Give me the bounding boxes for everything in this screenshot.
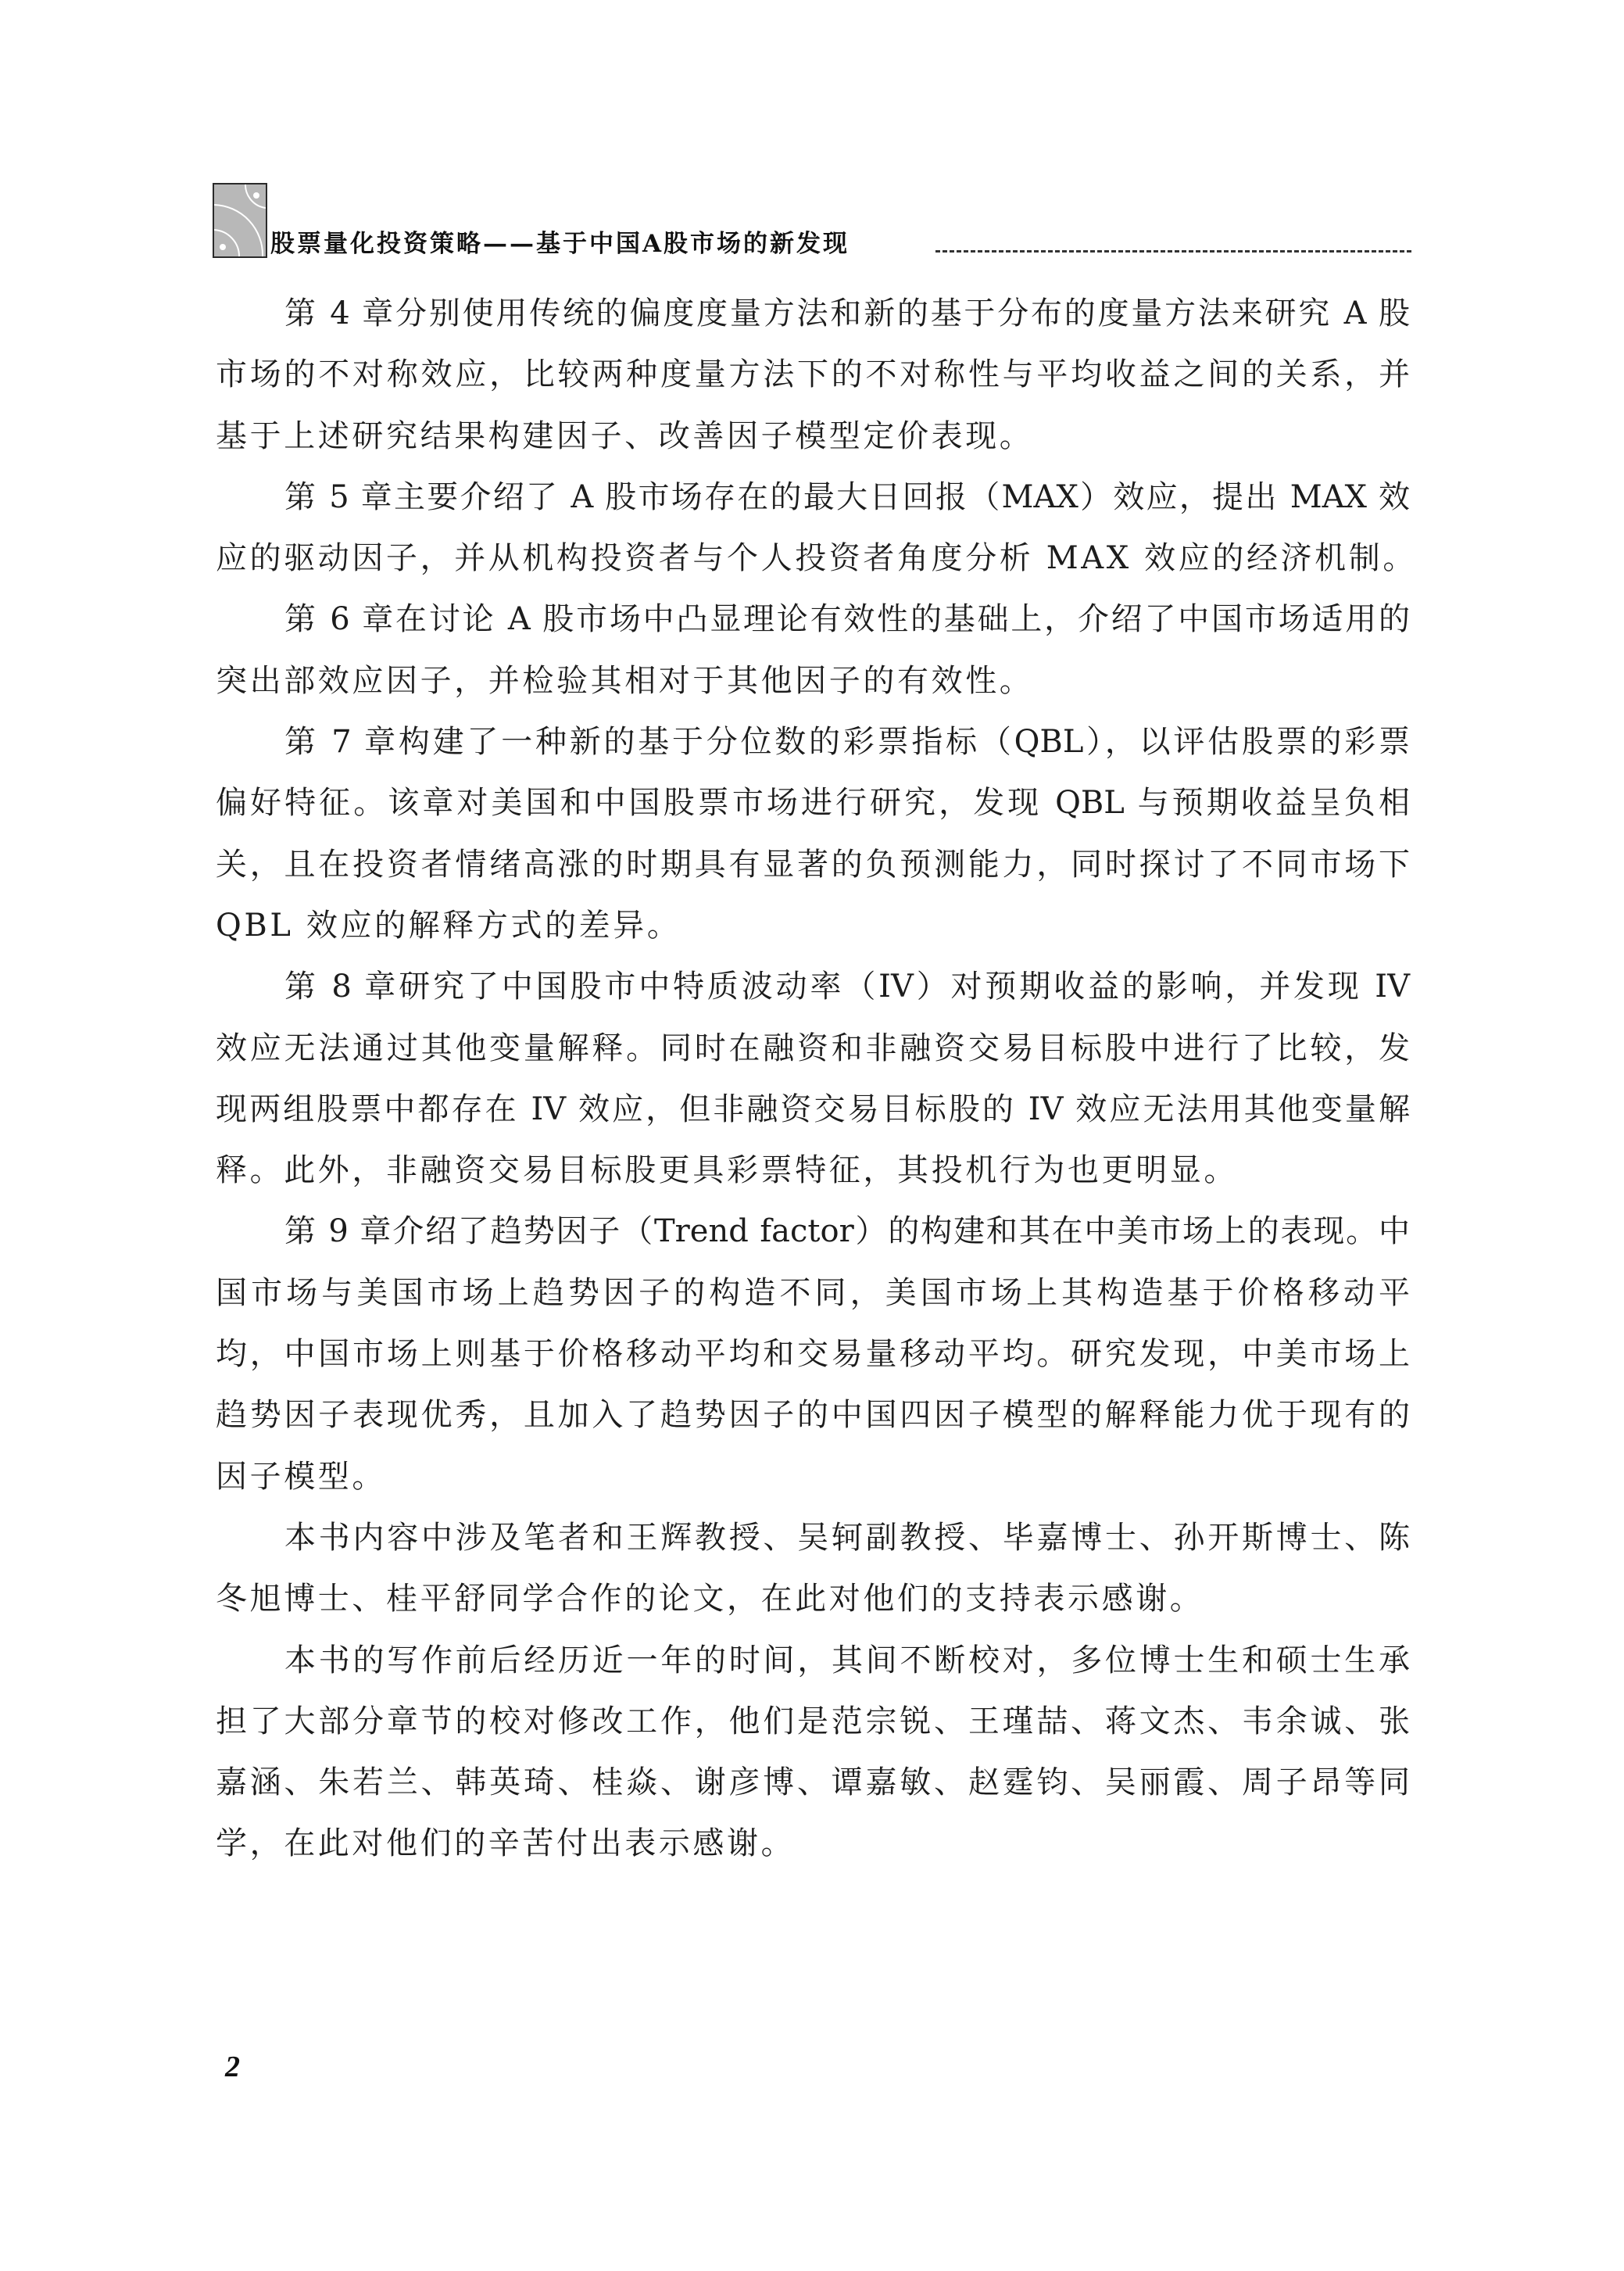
paragraph-ch8: 第 8 章研究了中国股市中特质波动率（IV）对预期收益的影响，并发现 IV 效应…: [216, 964, 1410, 1209]
header-dotted-rule: [935, 250, 1411, 253]
text-line: 均，中国市场上则基于价格移动平均和交易量移动平均。研究发现，中美市场上: [216, 1331, 1410, 1392]
text-line: 第 4 章分别使用传统的偏度度量方法和新的基于分布的度量方法来研究 A 股: [216, 291, 1410, 352]
text-line: 第 5 章主要介绍了 A 股市场存在的最大日回报（MAX）效应，提出 MAX 效: [216, 475, 1410, 536]
text-line: 释。此外，非融资交易目标股更具彩票特征，其投机行为也更明显。: [216, 1148, 1410, 1209]
text-line: 偏好特征。该章对美国和中国股票市场进行研究，发现 QBL 与预期收益呈负相: [216, 780, 1410, 841]
paragraph-ch4: 第 4 章分别使用传统的偏度度量方法和新的基于分布的度量方法来研究 A 股 市场…: [216, 291, 1410, 475]
text-line: 国市场与美国市场上趋势因子的构造不同，美国市场上其构造基于价格移动平: [216, 1270, 1410, 1331]
text-line: 关，且在投资者情绪高涨的时期具有显著的负预测能力，同时探讨了不同市场下: [216, 842, 1410, 903]
text-line: 趋势因子表现优秀，且加入了趋势因子的中国四因子模型的解释能力优于现有的: [216, 1392, 1410, 1453]
text-line: 第 9 章介绍了趋势因子（Trend factor）的构建和其在中美市场上的表现…: [216, 1209, 1410, 1270]
text-line: 第 8 章研究了中国股市中特质波动率（IV）对预期收益的影响，并发现 IV: [216, 964, 1410, 1025]
text-line: QBL 效应的解释方式的差异。: [216, 903, 1410, 964]
text-line: 现两组股票中都存在 IV 效应，但非融资交易目标股的 IV 效应无法用其他变量解: [216, 1087, 1410, 1148]
paragraph-ch5: 第 5 章主要介绍了 A 股市场存在的最大日回报（MAX）效应，提出 MAX 效…: [216, 475, 1410, 597]
text-line: 第 6 章在讨论 A 股市场中凸显理论有效性的基础上，介绍了中国市场适用的: [216, 596, 1410, 657]
book-logo-icon: [213, 183, 267, 258]
text-line: 学，在此对他们的辛苦付出表示感谢。: [216, 1821, 1410, 1882]
page-number: 2: [225, 2050, 240, 2084]
text-line: 基于上述研究结果构建因子、改善因子模型定价表现。: [216, 414, 1410, 475]
running-header: 股票量化投资策略——基于中国A股市场的新发现: [213, 183, 1411, 261]
text-line: 应的驱动因子，并从机构投资者与个人投资者角度分析 MAX 效应的经济机制。: [216, 536, 1410, 596]
paragraph-ch9: 第 9 章介绍了趋势因子（Trend factor）的构建和其在中美市场上的表现…: [216, 1209, 1410, 1514]
text-line: 效应无法通过其他变量解释。同时在融资和非融资交易目标股中进行了比较，发: [216, 1026, 1410, 1087]
text-line: 担了大部分章节的校对修改工作，他们是范宗锐、王瑾喆、蒋文杰、韦余诚、张: [216, 1699, 1410, 1760]
paragraph-ch6: 第 6 章在讨论 A 股市场中凸显理论有效性的基础上，介绍了中国市场适用的 突出…: [216, 596, 1410, 719]
paragraph-coauthors: 本书内容中涉及笔者和王辉教授、吴轲副教授、毕嘉博士、孙开斯博士、陈 冬旭博士、桂…: [216, 1515, 1410, 1638]
text-line: 突出部效应因子，并检验其相对于其他因子的有效性。: [216, 658, 1410, 719]
text-line: 嘉涵、朱若兰、韩英琦、桂焱、谢彦博、谭嘉敏、赵霆钧、吴丽霞、周子昂等同: [216, 1760, 1410, 1821]
text-line: 本书内容中涉及笔者和王辉教授、吴轲副教授、毕嘉博士、孙开斯博士、陈: [216, 1515, 1410, 1576]
text-line: 第 7 章构建了一种新的基于分位数的彩票指标（QBL），以评估股票的彩票: [216, 719, 1410, 780]
paragraph-proofreaders: 本书的写作前后经历近一年的时间，其间不断校对，多位博士生和硕士生承 担了大部分章…: [216, 1638, 1410, 1882]
text-line: 因子模型。: [216, 1454, 1410, 1515]
text-line: 市场的不对称效应，比较两种度量方法下的不对称性与平均收益之间的关系，并: [216, 352, 1410, 413]
body-text: 第 4 章分别使用传统的偏度度量方法和新的基于分布的度量方法来研究 A 股 市场…: [216, 291, 1410, 1882]
text-line: 冬旭博士、桂平舒同学合作的论文，在此对他们的支持表示感谢。: [216, 1576, 1410, 1637]
text-line: 本书的写作前后经历近一年的时间，其间不断校对，多位博士生和硕士生承: [216, 1638, 1410, 1699]
paragraph-ch7: 第 7 章构建了一种新的基于分位数的彩票指标（QBL），以评估股票的彩票 偏好特…: [216, 719, 1410, 964]
running-header-title: 股票量化投资策略——基于中国A股市场的新发现: [270, 230, 850, 258]
